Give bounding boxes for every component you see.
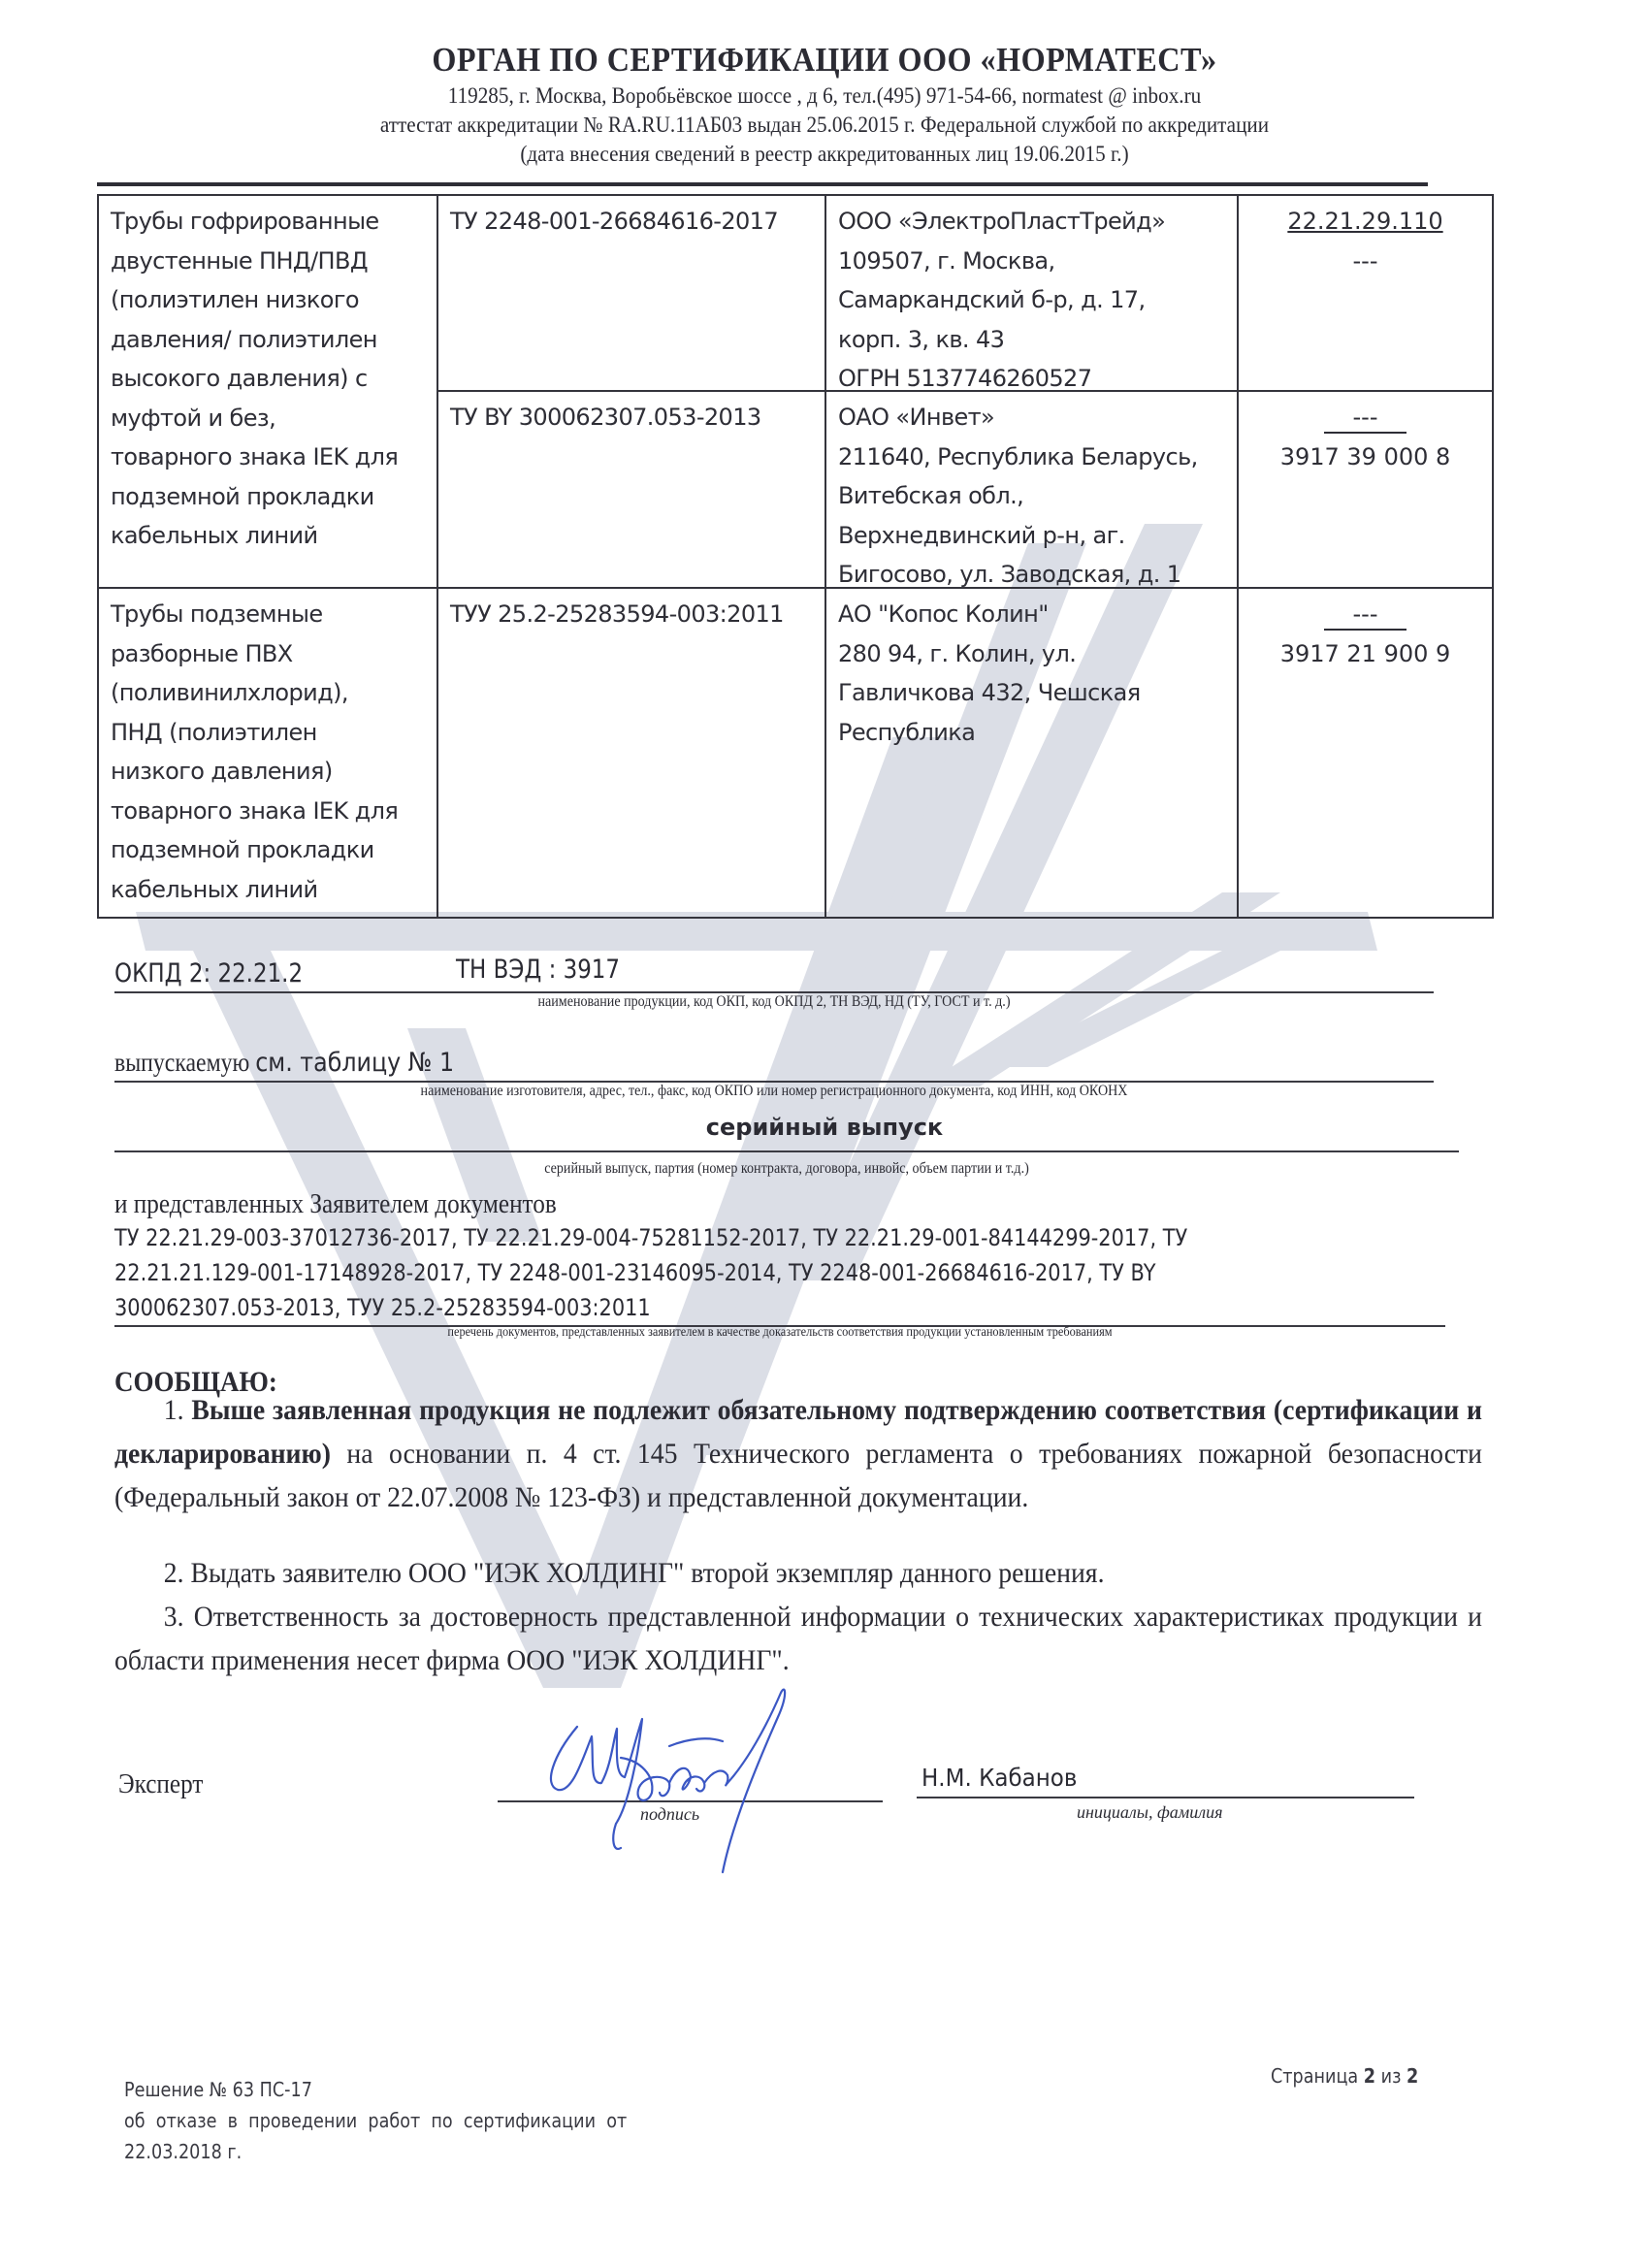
tnved-code: 3917 39 000 8	[1250, 437, 1480, 477]
manufacturer-info: АО "Копос Колин" 280 94, г. Колин, ул. Г…	[838, 595, 1225, 752]
expert-name: Н.М. Кабанов	[921, 1764, 1077, 1792]
release-field-value: серийный выпуск	[0, 1114, 1649, 1141]
tnved-code: 3917 21 900 9	[1250, 634, 1480, 674]
okpd-code: 22.21.29.110	[1250, 202, 1480, 242]
manufacturer-info: ООО «ЭлектроПластТрейд» 109507, г. Москв…	[838, 202, 1225, 399]
page-label: Страница	[1271, 2064, 1358, 2088]
docs-list-line-1: ТУ 22.21.29-003-37012736-2017, ТУ 22.21.…	[114, 1224, 1187, 1251]
table-cell-codes: 22.21.29.110 ---	[1237, 194, 1494, 392]
page-separator: из	[1381, 2064, 1402, 2088]
okpd-code: ---	[1324, 599, 1407, 631]
docs-list-line-3: 300062307.053-2013, ТУУ 25.2-25283594-00…	[114, 1294, 651, 1321]
header-divider	[97, 182, 1428, 186]
decision-description: об отказе в проведении работ по сертифик…	[124, 2105, 627, 2136]
docs-field-caption: перечень документов, представленных заяв…	[194, 1325, 1365, 1341]
table-cell-spec: ТУ 2248-001-26684616-2017	[436, 194, 826, 392]
table-cell-codes: --- 3917 21 900 9	[1237, 587, 1494, 919]
organization-title: ОРГАН ПО СЕРТИФИКАЦИИ ООО «НОРМАТЕСТ»	[66, 41, 1583, 80]
name-underline	[917, 1797, 1414, 1798]
decision-number: Решение № 63 ПС-17	[124, 2074, 627, 2105]
spec-number: ТУ BY 300062307.053-2013	[450, 398, 813, 437]
docs-list-line-2: 22.21.21.129-001-17148928-2017, ТУ 2248-…	[114, 1259, 1155, 1286]
registry-date-info: (дата внесения сведений в реестр аккреди…	[66, 142, 1583, 167]
spec-number: ТУУ 25.2-25283594-003:2011	[450, 595, 813, 634]
manufacturer-info: ОАО «Инвет» 211640, Республика Беларусь,…	[838, 398, 1225, 595]
spec-number: ТУ 2248-001-26684616-2017	[450, 202, 813, 242]
table-cell-spec: ТУУ 25.2-25283594-003:2011	[436, 587, 826, 919]
table-cell-product: Трубы гофрированные двустенные ПНД/ПВД (…	[97, 194, 438, 589]
table-cell-codes: --- 3917 39 000 8	[1237, 390, 1494, 589]
okpd-field: ОКПД 2: 22.21.2	[114, 958, 303, 988]
table-cell-spec: ТУ BY 300062307.053-2013	[436, 390, 826, 589]
handwritten-signature	[524, 1669, 892, 1892]
accreditation-info: аттестат аккредитации № RA.RU.11АБ03 выд…	[66, 113, 1583, 138]
table-cell-product: Трубы подземные разборные ПВХ (поливинил…	[97, 587, 438, 919]
page-indicator: Страница 2 из 2	[1271, 2060, 1418, 2091]
decision-reference: Решение № 63 ПС-17 об отказе в проведени…	[124, 2074, 627, 2167]
tnved-field: ТН ВЭД : 3917	[456, 955, 620, 985]
manufacturer-prefix: выпускаемую	[114, 1048, 249, 1077]
page-current: 2	[1364, 2064, 1375, 2088]
notice-item-1-number: 1.	[164, 1395, 184, 1426]
product-field-caption: наименование продукции, код ОКП, код ОКП…	[194, 993, 1355, 1011]
table-cell-manufacturer: ООО «ЭлектроПластТрейд» 109507, г. Москв…	[824, 194, 1239, 392]
release-field-underline	[114, 1150, 1459, 1152]
okpd-code: ---	[1324, 403, 1407, 434]
decision-date: 22.03.2018 г.	[124, 2136, 627, 2167]
manufacturer-field: выпускаемую см. таблицу № 1	[114, 1048, 454, 1078]
product-description: Трубы подземные разборные ПВХ (поливинил…	[111, 595, 425, 909]
manufacturer-value: см. таблицу № 1	[255, 1048, 454, 1078]
expert-role-label: Эксперт	[118, 1769, 203, 1800]
manufacturer-field-caption: наименование изготовителя, адрес, тел., …	[194, 1083, 1355, 1100]
name-caption: инициалы, фамилия	[1077, 1802, 1222, 1823]
notice-item-1: 1. Выше заявленная продукция не подлежит…	[114, 1389, 1482, 1520]
tnved-code: ---	[1250, 242, 1480, 281]
product-description: Трубы гофрированные двустенные ПНД/ПВД (…	[111, 202, 425, 556]
table-cell-manufacturer: АО "Копос Колин" 280 94, г. Колин, ул. Г…	[824, 587, 1239, 919]
organization-address: 119285, г. Москва, Воробьёвское шоссе , …	[66, 83, 1583, 109]
release-field-caption: серийный выпуск, партия (номер контракта…	[195, 1160, 1378, 1178]
table-cell-manufacturer: ОАО «Инвет» 211640, Республика Беларусь,…	[824, 390, 1239, 589]
docs-intro: и представленных Заявителем документов	[114, 1189, 557, 1220]
notice-item-2: 2. Выдать заявителю ООО "ИЭК ХОЛДИНГ" вт…	[114, 1552, 1482, 1596]
page-total: 2	[1406, 2064, 1418, 2088]
